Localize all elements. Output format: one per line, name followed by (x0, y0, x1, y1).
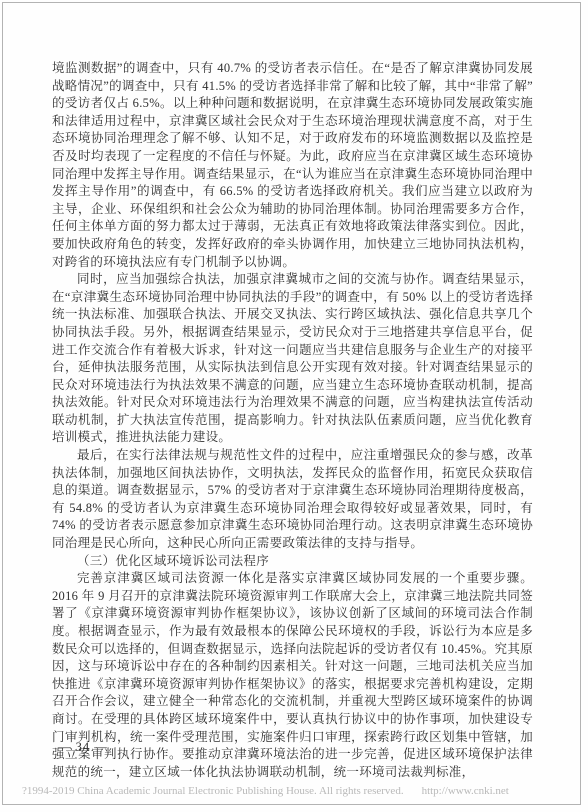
page-body-text: 境监测数据”的调查中，只有 40.7% 的受访者表示信任。在“是否了解京津冀协同… (52, 60, 533, 781)
section-heading: （三）优化区域环境诉讼司法程序 (52, 553, 533, 571)
cnki-url-text: http://www.cnki.net (422, 785, 509, 797)
page-number: — 34 — (58, 740, 108, 755)
paragraph-judicial-procedure: 完善京津冀区域司法资源一体化是落实京津冀区域协同发展的一个重要步骤。2016 年… (52, 570, 533, 781)
paragraph-enforcement-cooperation: 同时，应当加强综合执法，加强京津冀城市之间的交流与协作。调查结果显示，在“京津冀… (52, 271, 533, 447)
paragraph-continuation: 境监测数据”的调查中，只有 40.7% 的受访者表示信任。在“是否了解京津冀协同… (52, 60, 533, 271)
copyright-text: ?1994-2019 China Academic Journal Electr… (22, 785, 404, 797)
copyright-footer: ?1994-2019 China Academic Journal Electr… (22, 785, 562, 797)
scanned-document-page: 境监测数据”的调查中，只有 40.7% 的受访者表示信任。在“是否了解京津冀协同… (0, 0, 588, 812)
paragraph-public-participation: 最后，在实行法律法规与规范性文件的过程中，应注重增强民众的参与感，改革执法体制，… (52, 447, 533, 553)
